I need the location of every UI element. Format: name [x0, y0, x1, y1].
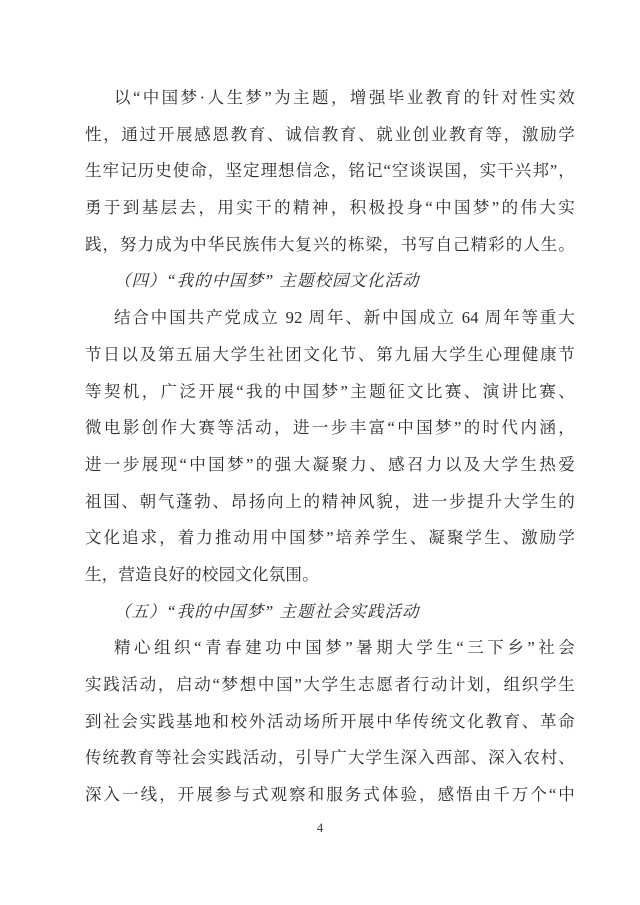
heading-line: （五）“我的中国梦” 主题社会实践活动 [85, 594, 575, 631]
text-line: 性，通过开展感恩教育、诚信教育、就业创业教育等，激励学 [85, 117, 575, 154]
text-line: 进一步展现“中国梦”的强大凝聚力、感召力以及大学生热爱 [85, 447, 575, 484]
text-block: 以“中国梦·人生梦”为主题，增强毕业教育的针对性实效性，通过开展感恩教育、诚信教… [85, 80, 575, 814]
text-line: 生，营造良好的校园文化氛围。 [85, 557, 575, 594]
document-page: 以“中国梦·人生梦”为主题，增强毕业教育的针对性实效性，通过开展感恩教育、诚信教… [0, 0, 640, 905]
text-line: 践，努力成为中华民族伟大复兴的栋梁，书写自己精彩的人生。 [85, 227, 575, 264]
text-line: 祖国、朝气蓬勃、昂扬向上的精神风貌，进一步提升大学生的 [85, 484, 575, 521]
text-line: 传统教育等社会实践活动，引导广大学生深入西部、深入农村、 [85, 740, 575, 777]
text-line: 深入一线，开展参与式观察和服务式体验，感悟由千万个“中 [85, 777, 575, 814]
text-line: 以“中国梦·人生梦”为主题，增强毕业教育的针对性实效 [85, 80, 575, 117]
text-line: 生牢记历史使命，坚定理想信念，铭记“空谈误国，实干兴邦”， [85, 153, 575, 190]
text-line: 到社会实践基地和校外活动场所开展中华传统文化教育、革命 [85, 704, 575, 741]
text-line: 文化追求，着力推动用中国梦”培养学生、凝聚学生、激励学 [85, 520, 575, 557]
page-footer: 4 [0, 818, 640, 838]
text-line: 等契机，广泛开展“我的中国梦”主题征文比赛、演讲比赛、 [85, 374, 575, 411]
text-line: 勇于到基层去，用实干的精神，积极投身“中国梦”的伟大实 [85, 190, 575, 227]
text-line: 结合中国共产党成立 92 周年、新中国成立 64 周年等重大 [85, 300, 575, 337]
text-line: 实践活动，启动“梦想中国”大学生志愿者行动计划，组织学生 [85, 667, 575, 704]
page-number: 4 [317, 820, 324, 835]
heading-line: （四）“我的中国梦” 主题校园文化活动 [85, 263, 575, 300]
text-line: 节日以及第五届大学生社团文化节、第九届大学生心理健康节 [85, 337, 575, 374]
text-line: 微电影创作大赛等活动，进一步丰富“中国梦”的时代内涵， [85, 410, 575, 447]
text-line: 精心组织“青春建功中国梦”暑期大学生“三下乡”社会 [85, 630, 575, 667]
